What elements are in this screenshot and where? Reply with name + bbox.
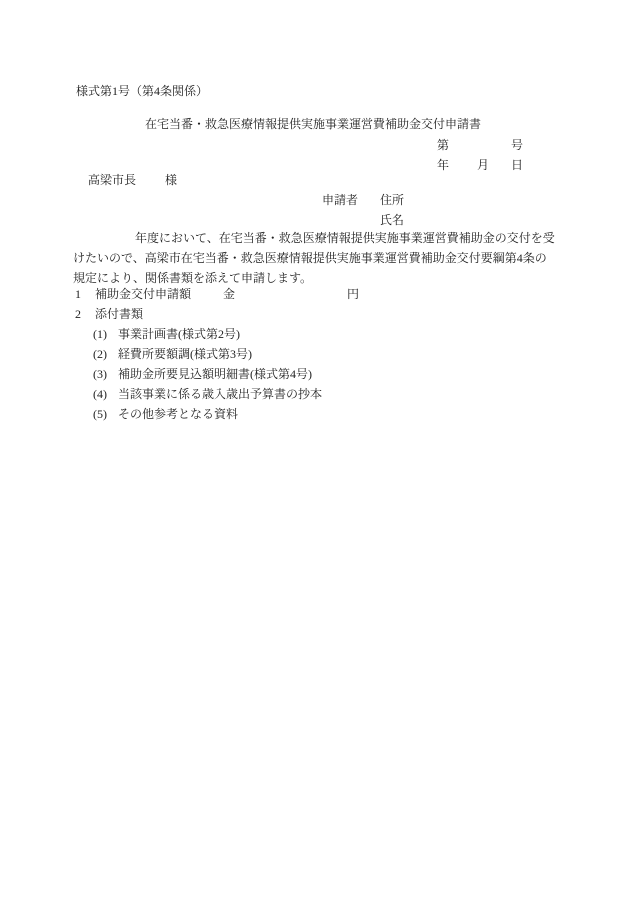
body-line-3: 規定により、関係書類を添えて申請します。	[73, 271, 312, 286]
attachment-item-number: (4)	[93, 387, 107, 402]
attachment-item-number: (1)	[93, 327, 107, 342]
date-year-label: 年	[437, 158, 449, 173]
body-line-1: 年度において、在宅当番・救急医療情報提供実施事業運営費補助金の交付を受	[135, 231, 555, 246]
addressee-name: 高梁市長	[88, 173, 136, 188]
amount-currency-suffix: 円	[347, 287, 359, 302]
addressee-honorific: 様	[165, 173, 177, 188]
doc-number-prefix: 第	[437, 138, 449, 153]
amount-item-label: 補助金交付申請額	[95, 287, 191, 302]
attachment-item-number: (3)	[93, 367, 107, 382]
attachment-item-number: (2)	[93, 347, 107, 362]
attachments-section-label: 添付書類	[95, 307, 143, 322]
doc-number-suffix: 号	[511, 138, 523, 153]
attachment-item-label: その他参考となる資料	[118, 407, 238, 422]
attachment-item-label: 経費所要額調(様式第3号)	[118, 347, 252, 362]
date-day-label: 日	[511, 158, 523, 173]
attachment-item-number: (5)	[93, 407, 107, 422]
body-line-2: けたいので、高梁市在宅当番・救急医療情報提供実施事業運営費補助金交付要綱第4条の	[73, 251, 547, 266]
amount-currency-prefix: 金	[223, 287, 235, 302]
applicant-label: 申請者	[322, 193, 358, 208]
attachment-item-label: 当該事業に係る歳入歳出予算書の抄本	[118, 387, 322, 402]
applicant-name-label: 氏名	[380, 213, 404, 228]
applicant-address-label: 住所	[380, 193, 404, 208]
form-number: 様式第1号（第4条関係）	[76, 84, 208, 99]
document-title: 在宅当番・救急医療情報提供実施事業運営費補助金交付申請書	[145, 117, 481, 132]
application-form-page: 様式第1号（第4条関係） 在宅当番・救急医療情報提供実施事業運営費補助金交付申請…	[0, 0, 630, 903]
amount-item-number: 1	[75, 287, 81, 302]
attachments-section-number: 2	[75, 307, 81, 322]
attachment-item-label: 事業計画書(様式第2号)	[118, 327, 240, 342]
attachment-item-label: 補助金所要見込額明細書(様式第4号)	[118, 367, 312, 382]
date-month-label: 月	[477, 158, 489, 173]
